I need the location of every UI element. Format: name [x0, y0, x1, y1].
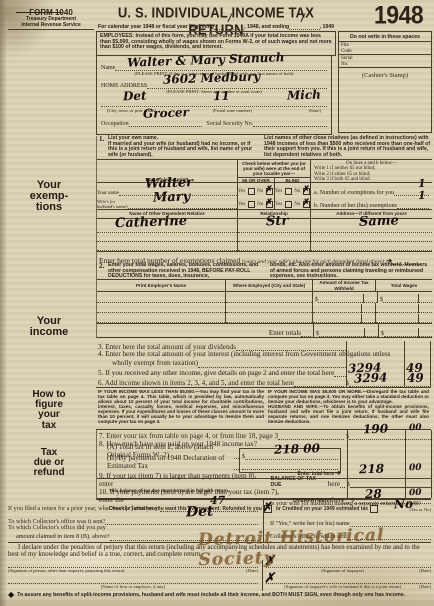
tax-year: 1948 [374, 1, 423, 30]
item1-instructions: 1. List your own name. If married and yo… [97, 136, 432, 159]
prior-year-label: If you filed a return for a prior year, … [8, 505, 160, 512]
item5-text: 5. If you received any other income, giv… [98, 369, 334, 377]
item8b-text: (B) By payments on 1948 Declaration of E… [107, 454, 234, 470]
ssn-label: Social Security No. [202, 121, 253, 127]
item2-right-text: bonds, etc. Also enter amount of income … [266, 263, 432, 280]
yes-label: Yes [238, 202, 245, 207]
sidebar-your-exemptions: Your exemp- tions [10, 180, 88, 214]
sidebar-tax-due-refund: Tax due or refund [10, 448, 88, 479]
collector-sent-value-handwriting: Det [186, 504, 214, 521]
ssn-line [253, 118, 327, 127]
wife-name-handwriting: Mary [153, 189, 191, 205]
file-code-label: File Code [339, 42, 431, 55]
cashiers-stamp-label: (Cashier's Stamp) [339, 68, 431, 79]
no-label: No [257, 189, 263, 194]
dependent-row-empty [97, 233, 432, 242]
dependent-row-empty [97, 242, 432, 251]
col-check-header: Check below whether you (or your wife) w… [237, 160, 310, 182]
col-employer: Print Employer's Name [97, 283, 225, 288]
name-label: Name [101, 65, 115, 71]
item2-left-text: Enter your total wages, salaries, bonuse… [108, 263, 266, 280]
signature-row-2: (Name of firm or employer, if any) ✗ (Si… [8, 576, 431, 591]
item2-instructions: 2. Enter your total wages, salaries, bon… [97, 263, 432, 279]
wife-check-cell: Yes No✗ Yes No✗ [237, 196, 310, 209]
wife-name-row: Wife's (or husband's name) Mary Yes No✗ … [97, 196, 432, 209]
total-paid-cents-handwriting: 00 [409, 463, 422, 473]
dep-rel-handwriting: Str [266, 213, 289, 229]
item6-amount-handwriting: 3294 [354, 370, 388, 385]
item8b-row: (B) By payments on 1948 Declaration of E… [97, 459, 239, 470]
strike-line [16, 12, 62, 13]
howto-right-text: IF YOUR INCOME WAS $5,000 OR MORE.—Disre… [268, 389, 429, 428]
preparer-signature-caption: (Signature of person, other than taxpaye… [8, 568, 124, 573]
occupation-field: Occupation Grocer Social Security No. [101, 113, 327, 127]
footer-text: To assure any benefits of split-income p… [14, 592, 405, 598]
firm-name-area: (Name of firm or employer, if any) [8, 576, 258, 591]
fiscal-begin-field: ∕ [214, 21, 244, 30]
tax-items-7-10: 7. Enter your tax from table on page 4, … [96, 430, 431, 500]
item6-cents-handwriting: 49 [407, 371, 424, 386]
taxpayer-signature-caption: (Signature of taxpayer) [321, 568, 364, 573]
item1-number: 1. [99, 136, 108, 144]
name-field: Name Walter & Mary Stanuch [101, 58, 327, 71]
sidebar-your-income: Your income [10, 316, 88, 338]
wife-name-label: Wife's (or husband's name) [97, 199, 128, 209]
item8a-value-handwriting: 218 00 [274, 441, 320, 457]
no-label: No [257, 202, 263, 207]
sidebar-how-to-figure: How to figure your tax [10, 390, 88, 431]
enter-total-here-label: Enter total here [297, 471, 334, 477]
dep-rel-cell: Str [237, 219, 310, 233]
x-mark: ✗ [265, 185, 273, 195]
wages-row-1: $ $ [97, 292, 432, 303]
wages-row-2 [97, 303, 432, 313]
checkbox-your-65-no: ✗ [266, 188, 273, 195]
agency-name-2: Internal Revenue Service [8, 23, 94, 31]
your-check-cell: Yes No✗ Yes No✗ [237, 183, 310, 196]
pen-mark-1: ∕ [228, 13, 232, 24]
item7-cents-handwriting: 00 [409, 423, 422, 433]
watermark: Detroit Historical Society [198, 524, 434, 570]
do-not-write-label: Do not write in these spaces [339, 32, 431, 42]
your-name-row: Your name Walter Yes No✗ Yes No✗ a. Numb… [97, 182, 432, 196]
no-label: No [294, 189, 300, 194]
enter-total-here-row: Enter total here ➔ 218 00 [97, 470, 341, 477]
item4-text-a: 4. Enter here the total amount of your i… [98, 351, 431, 359]
checkbox-your-65-yes [248, 188, 255, 195]
no-label: No [294, 202, 300, 207]
income-items-3-6: 3. Enter here the total amount of your d… [96, 341, 431, 387]
tax-form-1040-scan: FORM 1040 Treasury Department Internal R… [0, 0, 434, 606]
exemptions-b-cell: b. Number of her (his) exemptions 1 [310, 196, 432, 209]
fiscal-end-field: ∕ [289, 21, 319, 30]
zone-value-handwriting: 11 [213, 89, 230, 104]
spouse-signature-caption: (Signature of taxpayer's wife or husband… [284, 584, 401, 589]
item9-text-post: here [328, 480, 340, 488]
occupation-label: Occupation [101, 121, 129, 127]
collector-sent-label: To which Collector's office was it sent? [8, 518, 105, 525]
dep-name-cell: Catherine [97, 219, 237, 233]
item1-exemptions-section: 1. List your own name. If married and yo… [96, 136, 432, 265]
checkbox-wife-65-yes [248, 201, 255, 208]
item7-amount-handwriting: 190 [363, 422, 389, 437]
calendar-mid-text: , 1948, and ending [244, 24, 289, 30]
identity-box: Name Walter & Mary Stanuch (PLEASE PRINT… [96, 55, 332, 135]
form-id-block: FORM 1040 Treasury Department Internal R… [8, 8, 94, 30]
col-wages: Total Wages [375, 280, 432, 291]
yes-label: Yes [275, 202, 282, 207]
yes-label: Yes [275, 189, 282, 194]
arrow-icon: ➔ [334, 469, 341, 477]
date-caption: (Date) [419, 568, 431, 573]
item7-text: 7. Enter your tax from table on page 4, … [99, 432, 278, 440]
calendar-end-text: , 1949 [320, 24, 334, 30]
date-caption: (Date) [419, 584, 431, 589]
item6-row: 6. Add income shown in items 2, 3, 4, an… [96, 377, 431, 387]
howto-right-1: IF YOUR INCOME WAS $5,000 OR MORE.—Disre… [268, 389, 429, 404]
pen-mark-2: ∕ [301, 13, 305, 24]
do-not-write-box: Do not write in these spaces File Code S… [338, 31, 432, 133]
occupation-value-handwriting: Grocer [143, 105, 189, 121]
calendar-year-line: For calendar year 1948 or fiscal year be… [98, 21, 334, 30]
right-edge-line [431, 430, 432, 498]
prior-year-question: If you filed a return for a prior year, … [8, 500, 258, 512]
footer-note: ◆ To assure any benefits of split-income… [8, 592, 431, 598]
item2-wages-section: 2. Enter your total wages, salaries, bon… [96, 263, 432, 338]
wife-name-cell: Wife's (or husband's name) Mary [97, 196, 237, 209]
spouse-separate-return-question: Is your wife (or husband) making a separ… [270, 500, 431, 514]
dep-addr-handwriting: Same [359, 213, 399, 229]
col-where: Where Employed (City and State) [225, 280, 312, 291]
exemptions-a-cell: a. Number of exemptions for you 1 [310, 183, 432, 196]
item1-left-text: List your own name. If married and your … [108, 136, 260, 159]
dep-addr-cell: Same [310, 219, 432, 233]
howto-right-2: HUSBAND AND WIFE.—To obtain benefits of … [268, 404, 429, 424]
collector-sent-question: To which Collector's office was it sent?… [8, 512, 258, 525]
dependent-row: Catherine Str Same [97, 219, 432, 233]
col-withheld: Amount of Income Tax Withheld [312, 280, 375, 291]
checkbox-your-blind-yes [285, 188, 292, 195]
yes-or-no-hint: (Yes or No) [410, 507, 431, 512]
item6-text: 6. Add income shown in items 2, 3, 4, an… [98, 379, 294, 387]
city-value-handwriting: Det [123, 89, 147, 104]
x-mark: ✗ [302, 198, 310, 208]
item7-row: 7. Enter your tax from table on page 4, … [97, 430, 431, 440]
item4-text-b: wholly exempt from taxation) [98, 360, 198, 368]
yes-label: Yes [238, 189, 245, 194]
state-value-handwriting: Mich [287, 87, 321, 102]
serial-no-label: Serial No. [339, 55, 431, 68]
line-b-label: b. Number of her (his) exemptions [314, 203, 397, 209]
col-lines-header: On lines a and b below— Write 1 if neith… [310, 160, 432, 182]
wages-table-header: Print Employer's Name Where Employed (Ci… [97, 279, 432, 292]
checkbox-wife-65-no: ✗ [266, 201, 273, 208]
wages-totals-row: Enter totals $ $ [97, 323, 432, 337]
collector-paid-label-2: amount claimed in item 8 (B), above? [8, 534, 110, 541]
city-state-field: Det 11 Mich [101, 95, 327, 107]
enter-totals-label: Enter totals [269, 329, 301, 337]
exemptions-b-value: 1 [418, 189, 426, 202]
howto-left-text: IF YOUR INCOME WAS LESS THAN $5,000.—You… [98, 389, 264, 428]
x-mark: ✗ [265, 198, 273, 208]
form-number: FORM 1040 [8, 8, 94, 17]
spouse-x-mark-handwriting: ✗ [264, 571, 275, 586]
checkbox-wife-blind-yes [285, 201, 292, 208]
spouse-signature-area: ✗ (Signature of taxpayer's wife or husba… [258, 576, 431, 591]
check-header-text: Check below whether you (or your wife) w… [238, 160, 310, 177]
firm-name-caption: (Name of firm or employer, if any) [8, 584, 258, 589]
item8-detail: $ 218 00 (A) Total tax in item 2, above … [97, 448, 431, 478]
address-field: HOME ADDRESS 3602 Medbury [101, 77, 327, 89]
x-mark: ✗ [302, 185, 310, 195]
wages-row-3 [97, 313, 432, 323]
total-paid-amount-handwriting: 218 [359, 462, 385, 477]
item1-right-text: List names of other close relatives (as … [260, 136, 432, 159]
dep-name-handwriting: Catherine [115, 214, 187, 232]
calendar-pre-text: For calendar year 1948 or fiscal year be… [98, 24, 214, 30]
item2-number: 2. [99, 263, 108, 271]
